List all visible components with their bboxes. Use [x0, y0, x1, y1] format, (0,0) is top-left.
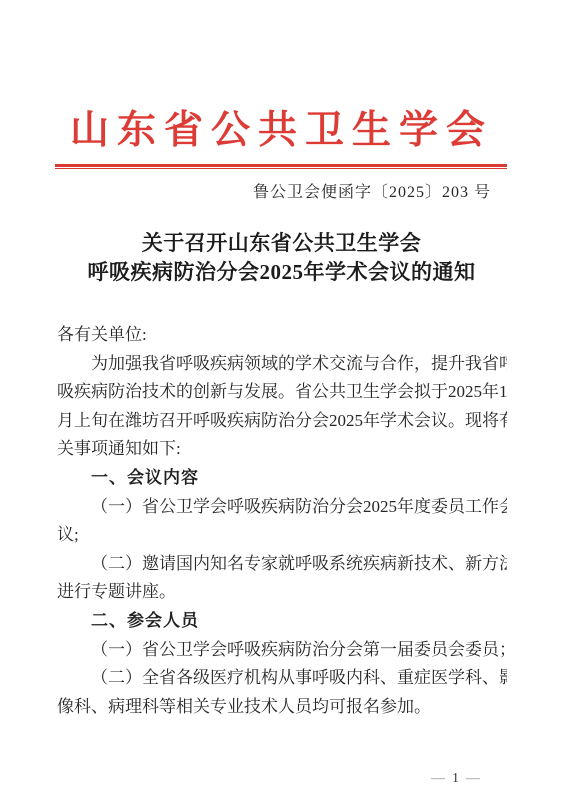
- page-footer: —1—: [424, 770, 487, 788]
- title-line-2: 呼吸疾病防治分会2025年学术会议的通知: [0, 258, 563, 287]
- body-line: 月上旬在潍坊召开呼吸疾病防治分会2025年学术会议。现将有: [57, 407, 507, 436]
- document-page: 山东省公共卫生学会 鲁公卫会便函字〔2025〕203 号 关于召开山东省公共卫生…: [0, 0, 563, 811]
- body-line: 各有关单位:: [57, 321, 507, 350]
- body-line: 议;: [57, 521, 507, 550]
- body-line: （一）省公卫学会呼吸疾病防治分会第一届委员会委员；: [57, 636, 507, 665]
- letterhead-org-name: 山东省公共卫生学会: [0, 102, 563, 160]
- footer-dash-left: —: [424, 771, 452, 786]
- body-line: 关事项通知如下:: [57, 435, 507, 464]
- body-line: （一）省公卫学会呼吸疾病防治分会2025年度委员工作会: [57, 493, 507, 522]
- body-line: （二）邀请国内知名专家就呼吸系统疾病新技术、新方法: [57, 550, 507, 579]
- footer-dash-right: —: [459, 771, 487, 786]
- divider-thin-line: [55, 168, 507, 169]
- title-line-1: 关于召开山东省公共卫生学会: [0, 229, 563, 258]
- section-heading: 二、参会人员: [57, 607, 507, 636]
- document-reference-number: 鲁公卫会便函字〔2025〕203 号: [253, 181, 491, 204]
- body-line: 吸疾病防治技术的创新与发展。省公共卫生学会拟于2025年11: [57, 378, 507, 407]
- body-line: （二）全省各级医疗机构从事呼吸内科、重症医学科、影: [57, 664, 507, 693]
- body-line: 进行专题讲座。: [57, 578, 507, 607]
- letterhead-divider: [55, 164, 507, 169]
- page-number: 1: [452, 771, 459, 786]
- body-line: 像科、病理科等相关专业技术人员均可报名参加。: [57, 693, 507, 722]
- section-heading: 一、会议内容: [57, 464, 507, 493]
- document-title: 关于召开山东省公共卫生学会 呼吸疾病防治分会2025年学术会议的通知: [0, 229, 563, 287]
- document-body: 各有关单位:为加强我省呼吸疾病领域的学术交流与合作，提升我省呼吸疾病防治技术的创…: [57, 321, 507, 721]
- body-line: 为加强我省呼吸疾病领域的学术交流与合作，提升我省呼: [57, 350, 507, 379]
